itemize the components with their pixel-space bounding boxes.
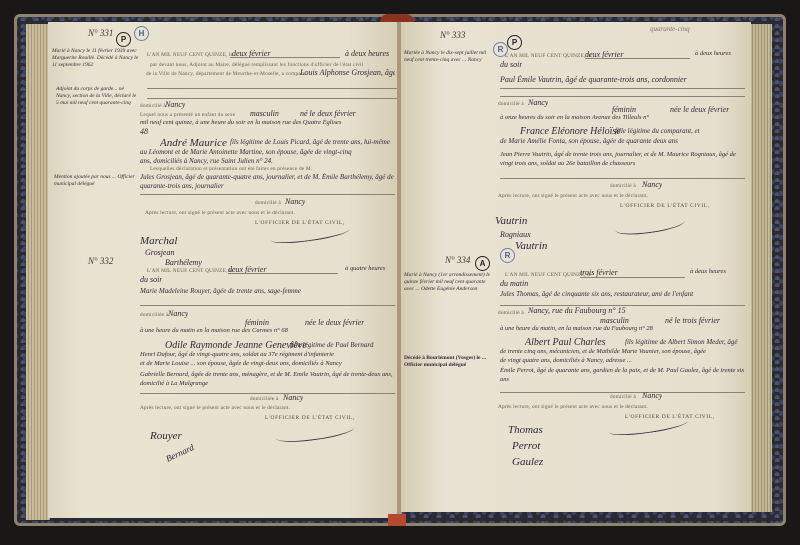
domicile: Nancy xyxy=(165,100,185,109)
rule xyxy=(230,57,340,58)
rule xyxy=(140,194,395,195)
printed-opening: L'AN MIL NEUF CENT QUINZE, le xyxy=(505,53,591,59)
child-name-suffix: fils légitime de Louis Picard, âgé de tr… xyxy=(230,138,395,146)
signature: Perrot xyxy=(512,440,540,452)
rule xyxy=(228,273,338,274)
officer-title: L'OFFICIER DE L'ÉTAT CIVIL, xyxy=(620,203,710,209)
child-sex: féminin xyxy=(245,318,269,327)
domicile-label: domiciliée à xyxy=(250,396,278,402)
rule xyxy=(500,178,745,179)
rule xyxy=(500,96,745,97)
act-date: trois février xyxy=(580,268,640,277)
mother-line: et de Marie Louise ... son épouse, âgée … xyxy=(140,360,395,367)
time-part: du soir xyxy=(140,275,162,284)
domicile: Nancy xyxy=(528,98,548,107)
witnesses: Jules Grosjean, âgé de quarante-quatre a… xyxy=(140,173,395,191)
printed-child: Lequel nous a présenté un enfant du sexe xyxy=(140,112,235,118)
stamp-r: R xyxy=(500,248,515,263)
mother-line: de Marie Amélie Fonta, son épouse, âgée … xyxy=(500,137,745,145)
domicile: Nancy xyxy=(168,309,188,318)
domicile-label: domicilié à xyxy=(255,200,281,206)
rule xyxy=(500,88,745,89)
child-name-suffix: fille légitime de Paul Bernard xyxy=(290,341,395,349)
child-name: Odile Raymonde Jeanne Geneviève xyxy=(165,340,307,351)
page-stack-right xyxy=(750,24,772,512)
child-sex: masculin xyxy=(250,109,279,118)
mother-line: de vingt quatre ans, domiciliés à Nancy,… xyxy=(500,357,745,364)
closing-statement: Après lecture, ont signé le présent acte… xyxy=(145,210,295,216)
margin-note: Marié à Nancy le 11 février 1939 avec Ma… xyxy=(52,48,144,69)
witness-domicile: Nancy xyxy=(285,197,305,206)
act-hour: à deux heures xyxy=(690,268,745,275)
printed-opening: L'AN MIL NEUF CENT QUINZE, le xyxy=(147,268,233,274)
witness-domicile: Nancy xyxy=(283,393,303,402)
margin-note: Adjoint du corps de garde... né Nancy, s… xyxy=(56,86,138,107)
child-name-suffix: fils légitime de Albert Simon Meder, âgé xyxy=(625,338,745,346)
declarant: Jules Thomas, âgé de cinquante six ans, … xyxy=(500,290,745,298)
printed-line: de la Ville de Nancy, département de Meu… xyxy=(146,71,306,77)
time-line: à onze heures du soir en la maison Avenu… xyxy=(500,114,745,121)
closing-statement: Après lecture, ont signé le présent acte… xyxy=(498,193,648,199)
witness-domicile: Nancy xyxy=(642,180,662,189)
rule xyxy=(147,88,397,89)
margin-note: Mariée à Nancy le dix-sept juillet mil n… xyxy=(404,50,494,64)
signature: Barthélemy xyxy=(165,258,202,267)
stamp-h: H xyxy=(134,26,149,41)
declarant: Louis Alphonse Grosjean, âgé de trente-c… xyxy=(300,68,395,77)
act-hour: à deux heures xyxy=(695,50,745,57)
margin-mention: Mention ajoutée par nous ... Officier mu… xyxy=(54,174,144,188)
domicile-label: domicilié à xyxy=(610,183,636,189)
witnesses: Émile Perrot, âgé de quarante ans, gardi… xyxy=(500,366,745,384)
act-hour: à quatre heures xyxy=(345,265,395,272)
domicile-label: domicilié à xyxy=(610,394,636,400)
stamp-p: P xyxy=(116,32,131,47)
declarant: Marie Madeleine Rouyer, âgée de trente a… xyxy=(140,287,395,295)
signature: Vautrin xyxy=(515,240,547,252)
father-line: Henri Dufour, âgé de vingt-quatre ans, s… xyxy=(140,351,395,358)
time-part: du soir xyxy=(500,60,522,69)
time-line: à une heure du matin en la maison rue de… xyxy=(140,327,395,334)
stamp-p: P xyxy=(507,35,522,50)
signature: Thomas xyxy=(508,424,543,436)
house-number: 48 xyxy=(140,127,148,136)
child-name: France Éléonore Héloïse xyxy=(520,126,621,137)
declarant: Paul Émile Vautrin, âgé de quarante-troi… xyxy=(500,75,745,84)
mother-line: au Léomont et de Marie Antoinette Martin… xyxy=(140,148,395,156)
child-born: née le deux février xyxy=(305,318,364,327)
year-line: mil neuf cent quinze, à une heure du soi… xyxy=(140,119,395,126)
page-stack-left xyxy=(26,24,50,520)
child-born: né le deux février xyxy=(300,109,356,118)
act-number: N° 334 xyxy=(445,255,470,265)
pencil-note: quarante-cinq xyxy=(650,25,690,33)
rule xyxy=(500,392,745,393)
printed-opening: L'AN MIL NEUF CENT QUINZE, le xyxy=(147,52,233,58)
rule xyxy=(580,277,685,278)
act-number: N° 331 xyxy=(88,28,113,38)
domicile-label: domicilié à xyxy=(498,101,524,107)
signature: Gaulez xyxy=(512,456,543,468)
officer-title: L'OFFICIER DE L'ÉTAT CIVIL, xyxy=(265,415,355,421)
closing-statement: Après lecture, ont signé le présent acte… xyxy=(140,405,290,411)
child-name: Albert Paul Charles xyxy=(525,337,606,348)
time-part: du matin xyxy=(500,279,528,288)
signature: Rogniaux xyxy=(500,230,531,239)
act-number: N° 332 xyxy=(88,256,113,266)
margin-mention: Décédé à Bourlémont (Vosges) le ... Offi… xyxy=(404,355,499,369)
act-number: N° 333 xyxy=(440,30,465,40)
domicile: Nancy, rue du Faubourg n° 15 xyxy=(528,306,668,315)
child-name-suffix: fille légitime du comparant, et xyxy=(615,127,745,135)
father-line: de trente cinq ans, mécanicien, et de Ma… xyxy=(500,348,745,355)
rule xyxy=(140,393,395,394)
printed-opening: L'AN MIL NEUF CENT QUINZE, le xyxy=(505,272,591,278)
domicile-label: domiciliée à xyxy=(140,312,168,318)
signature: Rouyer xyxy=(150,430,182,442)
rule xyxy=(147,98,397,99)
closing-statement: Après lecture, ont signé le présent acte… xyxy=(498,404,648,410)
margin-note: Marié à Nancy (1er arrondissement) le qu… xyxy=(404,272,496,293)
time-line: à une heure du matin, en la maison rue d… xyxy=(500,325,745,332)
child-sex: féminin xyxy=(612,105,636,114)
stamp-a: A xyxy=(475,256,490,271)
rule xyxy=(140,305,395,306)
signature: Grosjean xyxy=(145,248,174,257)
signature: Marchal xyxy=(140,235,177,247)
signature: Vautrin xyxy=(495,215,527,227)
child-sex: masculin xyxy=(600,316,629,325)
child-born: né le trois février xyxy=(665,316,720,325)
domicile-label: domicilié à xyxy=(140,103,166,109)
rule xyxy=(585,58,690,59)
witness-printed: Lesquelles déclaration et présentation o… xyxy=(150,166,312,172)
address-line: ans, domiciliés à Nancy, rue Saint Julie… xyxy=(140,157,395,165)
act-hour: à deux heures xyxy=(345,49,395,58)
child-born: née le deux février xyxy=(670,105,729,114)
witness-domicile: Nancy xyxy=(642,391,662,400)
bookmark-ribbon xyxy=(388,514,406,526)
witnesses: Jean Pierre Vautrin, âgé de trente trois… xyxy=(500,150,745,177)
domicile-label: domicilié à xyxy=(498,310,524,316)
